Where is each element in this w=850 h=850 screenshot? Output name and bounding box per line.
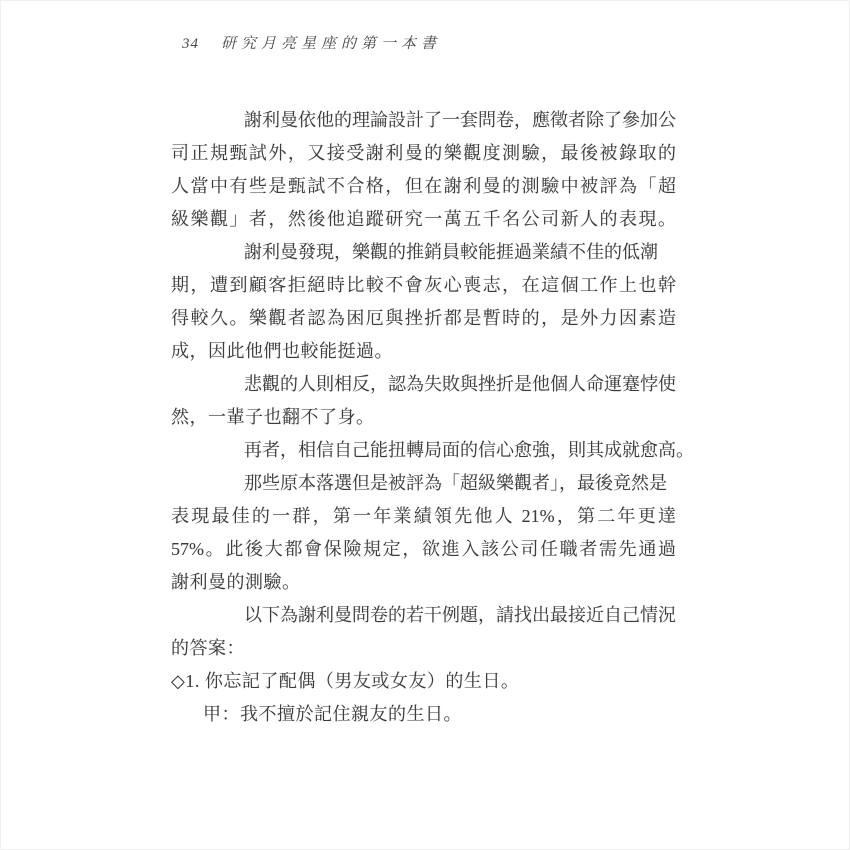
running-header: 34 研究月亮星座的第一本書 [182,32,441,53]
text-line: 57%。此後大都會保險規定，欲進入該公司任職者需先通過 [171,533,676,566]
text-line: 期，遭到顧客拒絕時比較不會灰心喪志，在這個工作上也幹 [171,269,676,302]
text-line: 謝利曼發現，樂觀的推銷員較能捱過業績不佳的低潮 [171,236,676,269]
text-line: 表現最佳的一群，第一年業績領先他人 21%，第二年更達 [171,500,676,533]
body-text: 謝利曼依他的理論設計了一套問卷，應徵者除了參加公 司正規甄試外，又接受謝利曼的樂… [171,104,676,731]
book-page: 34 研究月亮星座的第一本書 謝利曼依他的理論設計了一套問卷，應徵者除了參加公 … [0,0,850,850]
page-number: 34 [182,36,199,53]
running-title: 研究月亮星座的第一本書 [221,32,441,53]
text-line: 謝利曼依他的理論設計了一套問卷，應徵者除了參加公 [171,104,676,137]
text-line: 的答案： [171,632,676,665]
text-line: 人當中有些是甄試不合格，但在謝利曼的測驗中被評為「超 [171,170,676,203]
text-line: 悲觀的人則相反，認為失敗與挫折是他個人命運蹇悖使 [171,368,676,401]
text-line: ◇1. 你忘記了配偶（男友或女友）的生日。 [171,665,676,698]
text-line: 再者，相信自己能扭轉局面的信心愈強，則其成就愈高。 [171,434,676,467]
text-line: 司正規甄試外，又接受謝利曼的樂觀度測驗，最後被錄取的 [171,137,676,170]
text-line: 成，因此他們也較能挺過。 [171,335,676,368]
text-line: 得較久。樂觀者認為困厄與挫折都是暫時的，是外力因素造 [171,302,676,335]
text-line: 那些原本落選但是被評為「超級樂觀者」，最後竟然是 [171,467,676,500]
text-line: 然，一輩子也翻不了身。 [171,401,676,434]
text-line: 謝利曼的測驗。 [171,566,676,599]
text-line: 級樂觀」者，然後他追蹤研究一萬五千名公司新人的表現。 [171,203,676,236]
text-line: 以下為謝利曼問卷的若干例題，請找出最接近自己情況 [171,599,676,632]
text-line: 甲：我不擅於記住親友的生日。 [171,698,676,731]
